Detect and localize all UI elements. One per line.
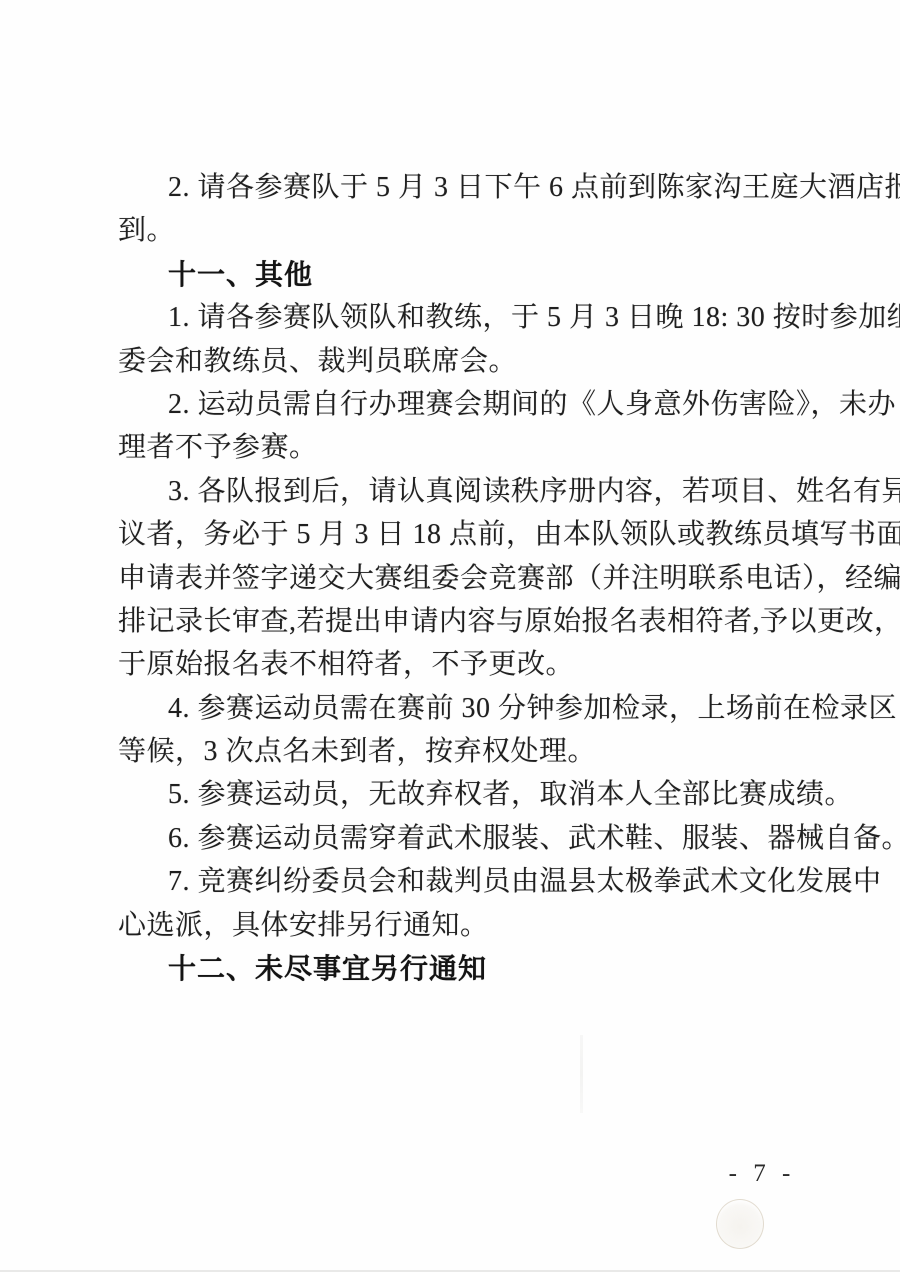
- document-line: 3. 各队报到后，请认真阅读秩序册内容，若项目、姓名有异: [118, 470, 808, 513]
- document-line: 2. 请各参赛队于 5 月 3 日下午 6 点前到陈家沟王庭大酒店报: [118, 166, 808, 209]
- document-line: 于原始报名表不相符者，不予更改。: [118, 643, 808, 686]
- document-line: 委会和教练员、裁判员联席会。: [118, 340, 808, 383]
- document-page: 2. 请各参赛队于 5 月 3 日下午 6 点前到陈家沟王庭大酒店报到。十一、其…: [0, 0, 900, 1272]
- document-body: 2. 请各参赛队于 5 月 3 日下午 6 点前到陈家沟王庭大酒店报到。十一、其…: [118, 166, 808, 990]
- document-line: 等候，3 次点名未到者，按弃权处理。: [118, 730, 808, 773]
- page-number: - 7 -: [722, 1160, 802, 1188]
- scan-artifact: [580, 1035, 583, 1113]
- section-heading: 十一、其他: [118, 253, 808, 296]
- document-line: 申请表并签字递交大赛组委会竞赛部（并注明联系电话），经编: [118, 557, 808, 600]
- section-heading: 十二、未尽事宜另行通知: [118, 947, 808, 990]
- stamp-watermark-icon: [716, 1199, 764, 1249]
- document-line: 5. 参赛运动员，无故弃权者，取消本人全部比赛成绩。: [118, 773, 808, 816]
- document-line: 1. 请各参赛队领队和教练，于 5 月 3 日晚 18: 30 按时参加组: [118, 296, 808, 339]
- document-line: 排记录长审查,若提出申请内容与原始报名表相符者,予以更改，: [118, 600, 808, 643]
- document-line: 到。: [118, 209, 808, 252]
- document-line: 6. 参赛运动员需穿着武术服装、武术鞋、服装、器械自备。: [118, 817, 808, 860]
- document-line: 议者，务必于 5 月 3 日 18 点前，由本队领队或教练员填写书面: [118, 513, 808, 556]
- document-line: 7. 竞赛纠纷委员会和裁判员由温县太极拳武术文化发展中: [118, 860, 808, 903]
- document-line: 心选派，具体安排另行通知。: [118, 904, 808, 947]
- document-line: 2. 运动员需自行办理赛会期间的《人身意外伤害险》，未办: [118, 383, 808, 426]
- document-line: 理者不予参赛。: [118, 426, 808, 469]
- document-line: 4. 参赛运动员需在赛前 30 分钟参加检录，上场前在检录区: [118, 687, 808, 730]
